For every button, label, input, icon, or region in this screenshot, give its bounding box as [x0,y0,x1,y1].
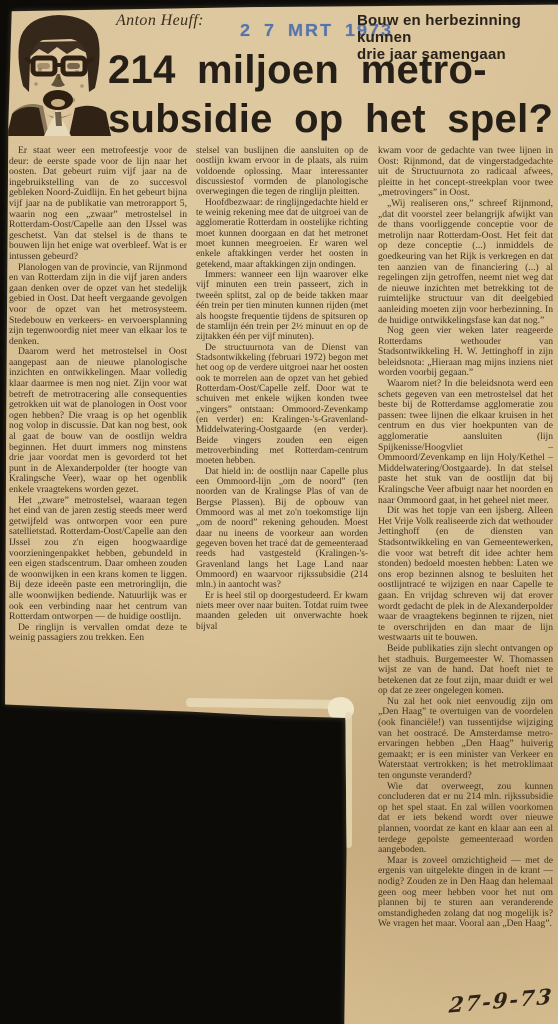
article-paragraph: Beide publikaties zijn slecht ontvangen … [378,644,553,697]
portrait-woodcut-icon [7,8,111,136]
article-paragraph: Er staat weer een metrofeestje voor de d… [9,146,187,263]
scrapbook-page: Anton Heuff: 2 7 MRT 1973 Bouw en herbez… [0,0,558,1024]
article-paragraph: „Wij realiseren ons,” schreef Rijnmond, … [378,199,553,326]
article-paragraph: De ringlijn is vervallen omdat deze te w… [9,623,187,644]
article-paragraph: De structuurnota van de Dienst van Stads… [196,343,368,467]
newspaper-clipping: Anton Heuff: 2 7 MRT 1973 Bouw en herbez… [0,0,558,1024]
clipping-paper: Anton Heuff: 2 7 MRT 1973 Bouw en herbez… [0,0,558,1024]
article-column-1: Er staat weer een metrofeestje voor de d… [9,146,187,702]
article-paragraph: Nu zal het ook niet eenvoudig zijn om „D… [378,697,553,782]
article-paragraph: Planologen van de provincie, van Rijnmon… [9,263,187,348]
article-column-3: kwam voor de gedachte van twee lijnen in… [378,146,553,1016]
torn-edge-vertical [345,712,352,848]
headline-line-2: subsidie op het spel? [108,97,553,141]
article-paragraph: Wie dat overweegt, zou kunnen concludere… [378,782,553,856]
article-paragraph: Hoofdbezwaar: de ringlijngedachte hield … [196,198,368,270]
author-byline: Anton Heuff: [116,12,204,30]
article-paragraph: stelsel van buslijnen die aansluiten op … [196,146,368,198]
article-paragraph: kwam voor de gedachte van twee lijnen in… [378,146,553,199]
article-column-2: stelsel van buslijnen die aansluiten op … [196,146,368,710]
article-paragraph: Nog geen vier weken later reageerde Rott… [378,326,553,379]
kicker-line-1: Bouw en herbezinning kunnen [357,12,553,46]
article-paragraph: Daarom werd het metrostelsel in Oost aan… [9,347,187,495]
article-paragraph: Dit was het topje van een ijsberg. Allee… [378,506,553,644]
article-paragraph: Dat hield in: de oostlijn naar Capelle p… [196,467,368,591]
article-paragraph: Immers: wanneer een lijn waarover elke v… [196,270,368,342]
headline: 214 miljoen metro-subsidie op het spel? [108,46,558,144]
article-paragraph: Het „zware” metrostelsel, waaraan tegen … [9,496,187,623]
article-paragraph: Waarom niet? In die beleidsnota werd een… [378,379,553,506]
article-paragraph: Maar is zoveel omzichtigheid — met de er… [378,856,553,930]
article-paragraph: Er is heel stil op doorgestudeerd. Er kw… [196,591,368,632]
headline-line-1: 214 miljoen metro- [108,48,487,92]
